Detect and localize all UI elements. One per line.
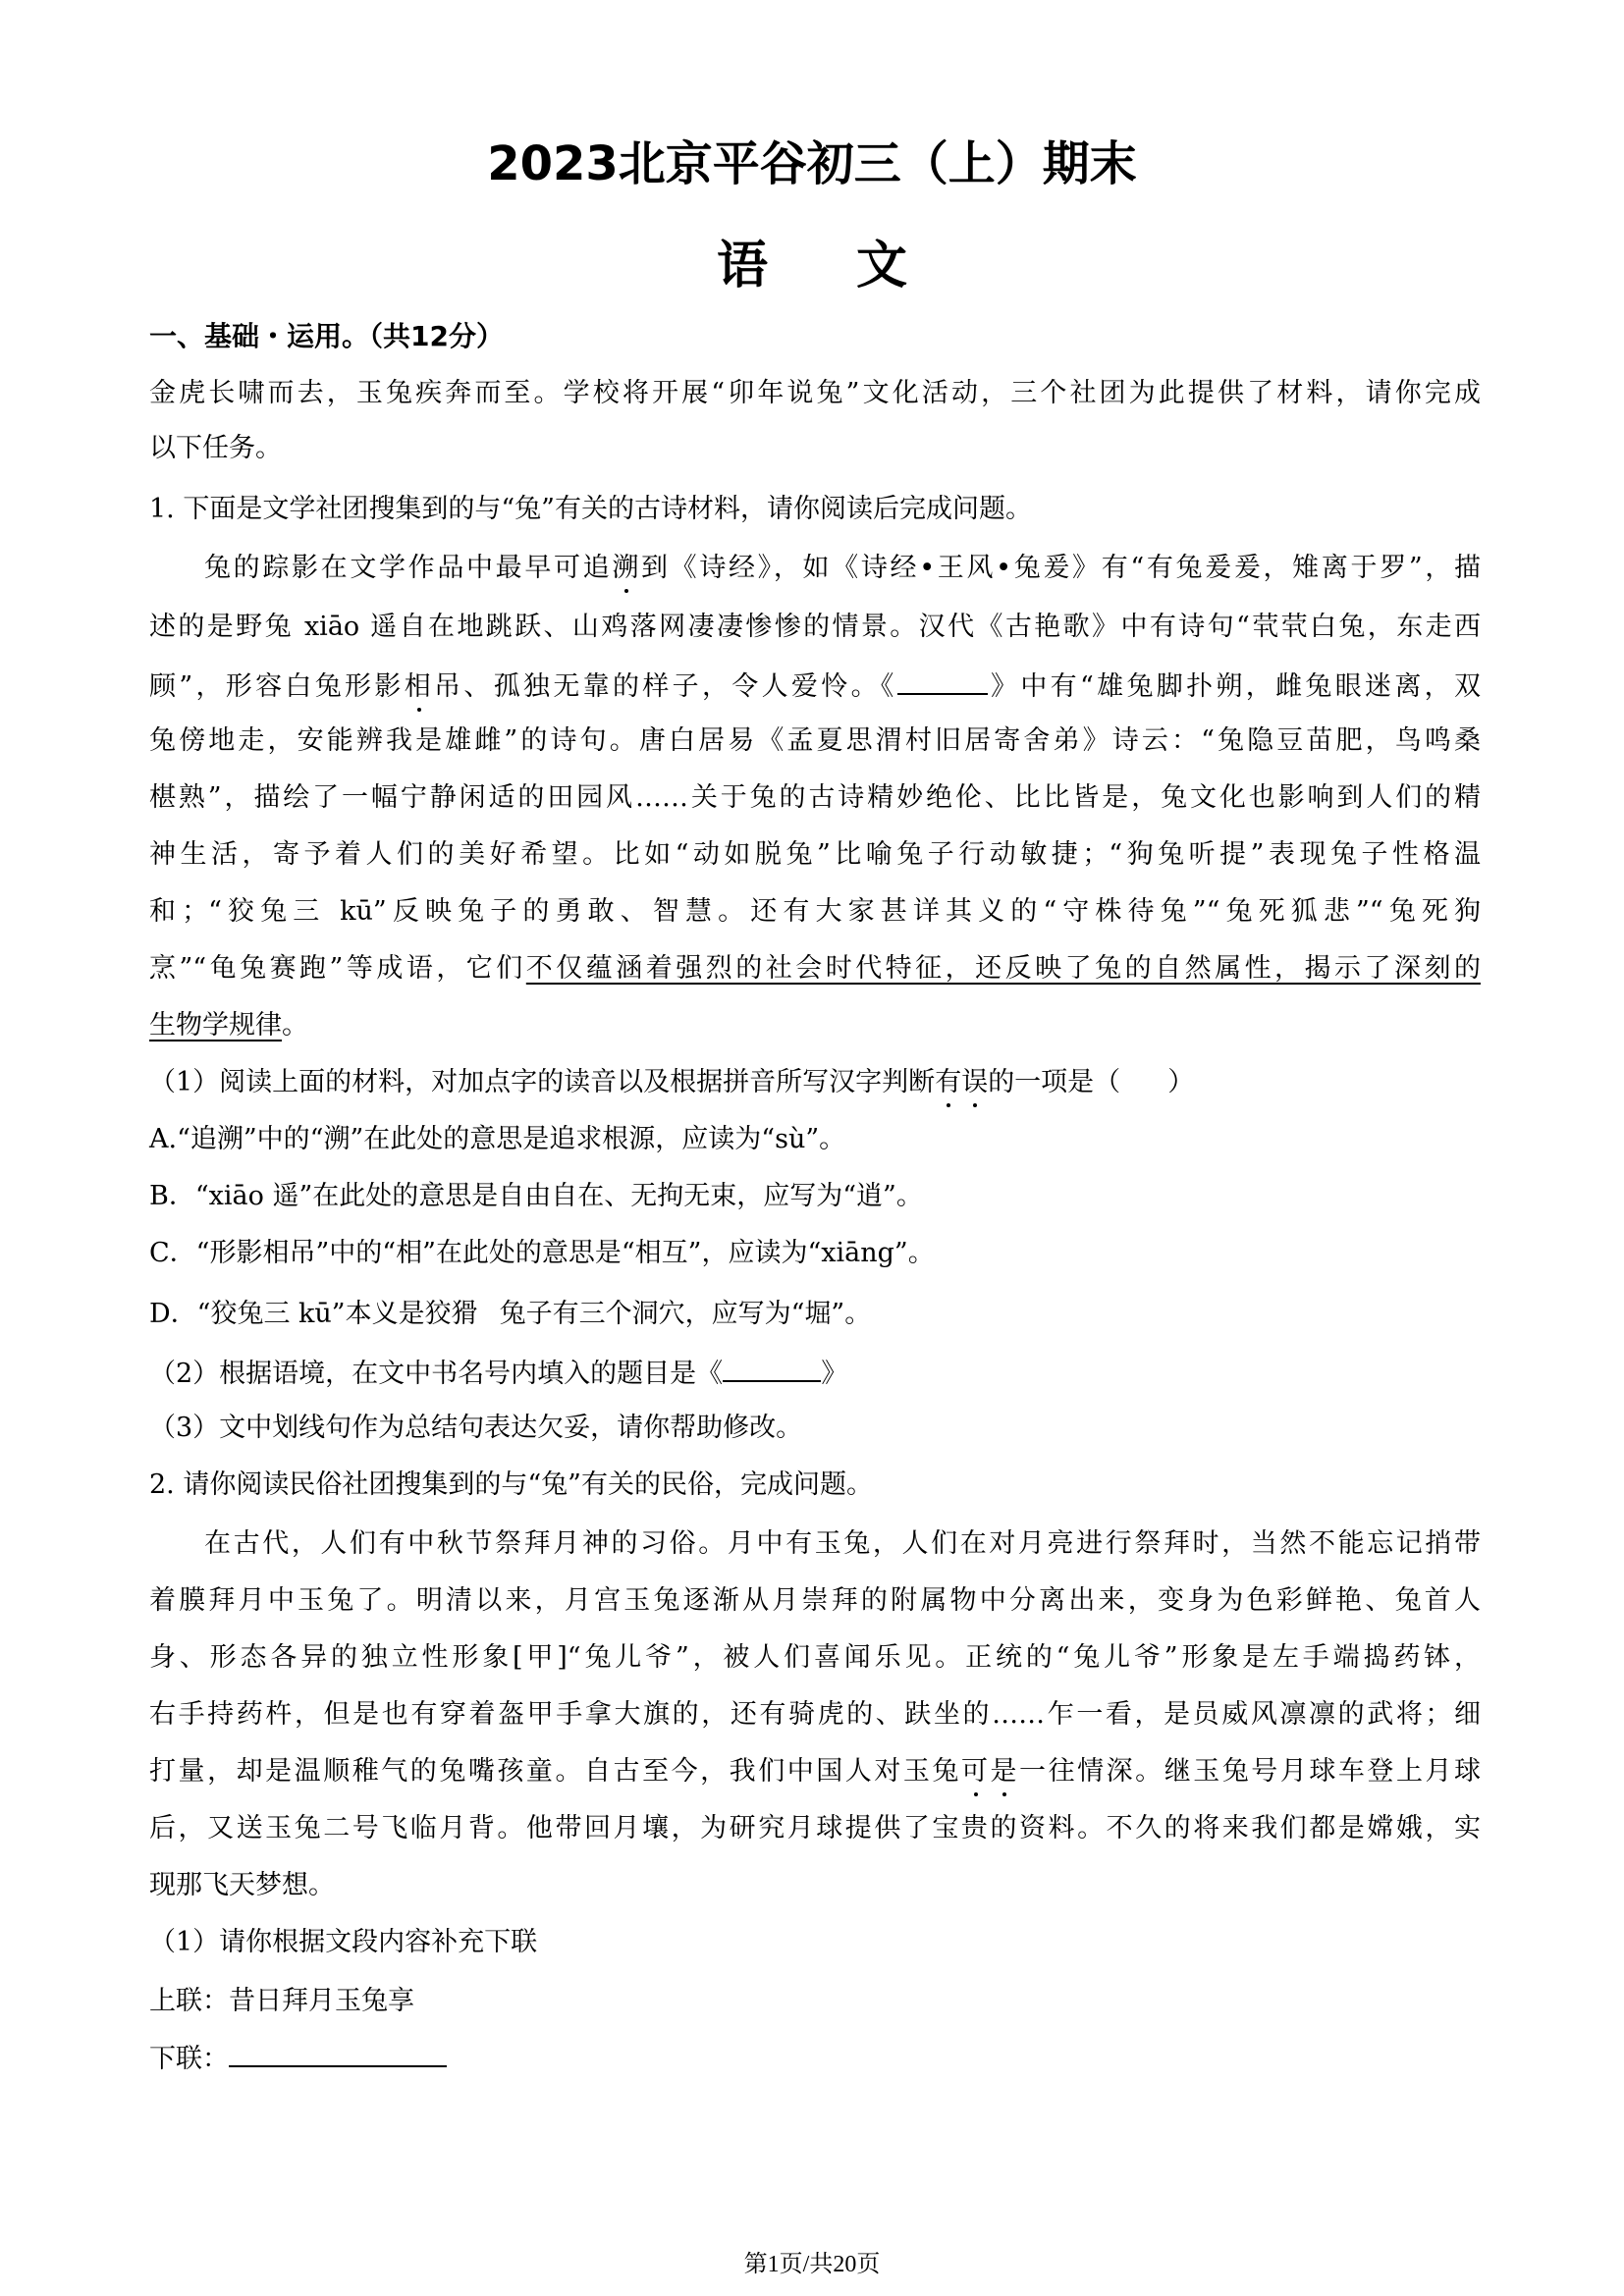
- q2-passage-line: 右手持药杵，但是也有穿着盔甲手拿大旗的，还有骑虎的、趺坐的……乍一看，是员威风凛…: [149, 1698, 1481, 1732]
- text-segment: 的一项是（: [988, 1067, 1120, 1097]
- emphasized-char: 是: [990, 1756, 1019, 1787]
- intro-line-1: 金虎长啸而去，玉兔疾奔而至。学校将开展“卯年说兔”文化活动，三个社团为此提供了材…: [149, 377, 1481, 410]
- underlined-sentence: 不仅蕴涵着强烈的社会时代特征，还反映了兔的自然属性，揭示了深刻的: [526, 953, 1481, 984]
- text-segment: 》: [821, 1359, 847, 1389]
- section-heading: 一、基础・运用。（共12分）: [149, 320, 1481, 353]
- option-c: C．“形影相吊”中的“相”在此处的意思是“相互”，应读为“xiāng”。: [149, 1237, 1481, 1270]
- emphasized-char: 有: [935, 1067, 961, 1097]
- lower-couplet-label: 下联：: [149, 2044, 229, 2074]
- document-title: 2023北京平谷初三（上）期末: [0, 126, 1624, 193]
- q1-passage-line: 兔傍地走，安能辨我是雄雌”的诗句。唐白居易《孟夏思渭村旧居寄舍弟》诗云：“兔隐豆…: [149, 724, 1481, 758]
- document-page: 2023北京平谷初三（上）期末 语文 一、基础・运用。（共12分） 金虎长啸而去…: [0, 0, 1624, 2296]
- text-segment: （1）阅读上面的材料，对加点字的读音以及根据拼音所写汉字判断: [149, 1067, 935, 1097]
- text-segment: （2）根据语境，在文中书名号内填入的题目是《: [149, 1359, 723, 1389]
- emphasized-char: 误: [961, 1067, 988, 1097]
- question-1-prompt: 1. 下面是文学社团搜集到的与“兔”有关的古诗材料，请你阅读后完成问题。: [149, 493, 1481, 526]
- lower-couplet-blank[interactable]: [229, 2040, 447, 2067]
- q2-passage-line: 身、形态各异的独立性形象[甲]“兔儿爷”，被人们喜闻乐见。正统的“兔儿爷”形象是…: [149, 1641, 1481, 1675]
- q1-sub1-prompt: （1）阅读上面的材料，对加点字的读音以及根据拼音所写汉字判断有误的一项是（）: [149, 1066, 1481, 1099]
- q2-passage-line: 打量，却是温顺稚气的兔嘴孩童。自古至今，我们中国人对玉兔可是一往情深。继玉兔号月…: [149, 1755, 1481, 1789]
- page-indicator: 第1页/共20页: [0, 2244, 1624, 2278]
- lower-couplet: 下联：: [149, 2040, 1481, 2076]
- text-segment: 》中有“雄兔脚扑朔，雌兔眼迷离，双: [988, 671, 1481, 702]
- underlined-sentence: 生物学规律: [149, 1010, 282, 1041]
- q2-passage-line: 后，又送玉兔二号飞临月背。他带回月壤，为研究月球提供了宝贵的资料。不久的将来我们…: [149, 1812, 1481, 1845]
- q2-passage-line: 现那飞天梦想。: [149, 1869, 1481, 1902]
- emphasized-char: 可: [961, 1756, 991, 1787]
- q2-passage-line: 在古代，人们有中秋节祭拜月神的习俗。月中有玉兔，人们在对月亮进行祭拜时，当然不能…: [204, 1527, 1481, 1561]
- text-segment: 烹”“龟兔赛跑”等成语，它们: [149, 953, 526, 984]
- text-segment: 吊、孤独无靠的样子，令人爱怜。《: [434, 671, 897, 702]
- q1-passage-line: 兔的踪影在文学作品中最早可追溯到《诗经》，如《诗经•王风•兔爰》有“有兔爰爰，雉…: [204, 552, 1481, 585]
- question-2-prompt: 2. 请你阅读民俗社团搜集到的与“兔”有关的民俗，完成问题。: [149, 1468, 1481, 1502]
- q1-passage-line: 神生活，寄予着人们的美好希望。比如“动如脱兔”比喻兔子行动敏捷；“狗兔听提”表现…: [149, 838, 1481, 872]
- text-segment: ）: [1167, 1067, 1194, 1097]
- q1-sub3-prompt: （3）文中划线句作为总结句表达欠妥，请你帮助修改。: [149, 1412, 1481, 1445]
- text-segment: 兔子有三个洞穴，应写为“堀”。: [500, 1299, 872, 1329]
- q1-passage-line: 椹熟”，描绘了一幅宁静闲适的田园风……关于兔的古诗精妙绝伦、比比皆是，兔文化也影…: [149, 781, 1481, 815]
- emphasized-char: 溯: [612, 553, 641, 583]
- intro-line-2: 以下任务。: [149, 432, 1481, 465]
- q1-passage-line: 生物学规律。: [149, 1009, 1481, 1042]
- answer-blank[interactable]: [723, 1355, 821, 1382]
- text-segment: 兔的踪影在文学作品中最早可追: [204, 553, 612, 583]
- text-segment: 。: [282, 1010, 308, 1041]
- document-subject: 语文: [0, 224, 1624, 297]
- q1-passage-line: 和；“狡兔三 kū”反映兔子的勇敢、智慧。还有大家甚详其义的“守株待兔”“兔死狐…: [149, 895, 1481, 929]
- text-segment: 到《诗经》，如《诗经•王风•兔爰》有“有兔爰爰，雉离于罗”，描: [641, 553, 1481, 583]
- q1-sub2-prompt: （2）根据语境，在文中书名号内填入的题目是《》: [149, 1355, 1481, 1391]
- option-d: D．“狡兔三 kū”本义是狡猾兔子有三个洞穴，应写为“堀”。: [149, 1298, 1481, 1331]
- q1-passage-line: 烹”“龟兔赛跑”等成语，它们不仅蕴涵着强烈的社会时代特征，还反映了兔的自然属性，…: [149, 952, 1481, 986]
- q1-passage-line: 顾”，形容白兔形影相吊、孤独无靠的样子，令人爱怜。《》中有“雄兔脚扑朔，雌兔眼迷…: [149, 667, 1481, 704]
- text-segment: D．“狡兔三 kū”本义是狡猾: [149, 1299, 478, 1329]
- q1-passage-line: 述的是野兔 xiāo 遥自在地跳跃、山鸡落网凄凄惨惨的情景。汉代《古艳歌》中有诗…: [149, 611, 1481, 644]
- emphasized-char: 相: [405, 671, 434, 702]
- q2-sub1-prompt: （1）请你根据文段内容补充下联: [149, 1926, 1481, 1959]
- title-blank[interactable]: [897, 667, 988, 695]
- text-segment: 打量，却是温顺稚气的兔嘴孩童。自古至今，我们中国人对玉兔: [149, 1756, 961, 1787]
- q2-passage-line: 着膜拜月中玉兔了。明清以来，月宫玉兔逐渐从月崇拜的附属物中分离出来，变身为色彩鲜…: [149, 1584, 1481, 1618]
- upper-couplet: 上联：昔日拜月玉兔享: [149, 1985, 1481, 2018]
- option-b: B．“xiāo 遥”在此处的意思是自由自在、无拘无束，应写为“逍”。: [149, 1180, 1481, 1213]
- text-segment: 一往情深。继玉兔号月球车登上月球: [1019, 1756, 1481, 1787]
- option-a: A.“追溯”中的“溯”在此处的意思是追求根源，应读为“sù”。: [149, 1123, 1481, 1156]
- text-segment: 顾”，形容白兔形影: [149, 671, 405, 702]
